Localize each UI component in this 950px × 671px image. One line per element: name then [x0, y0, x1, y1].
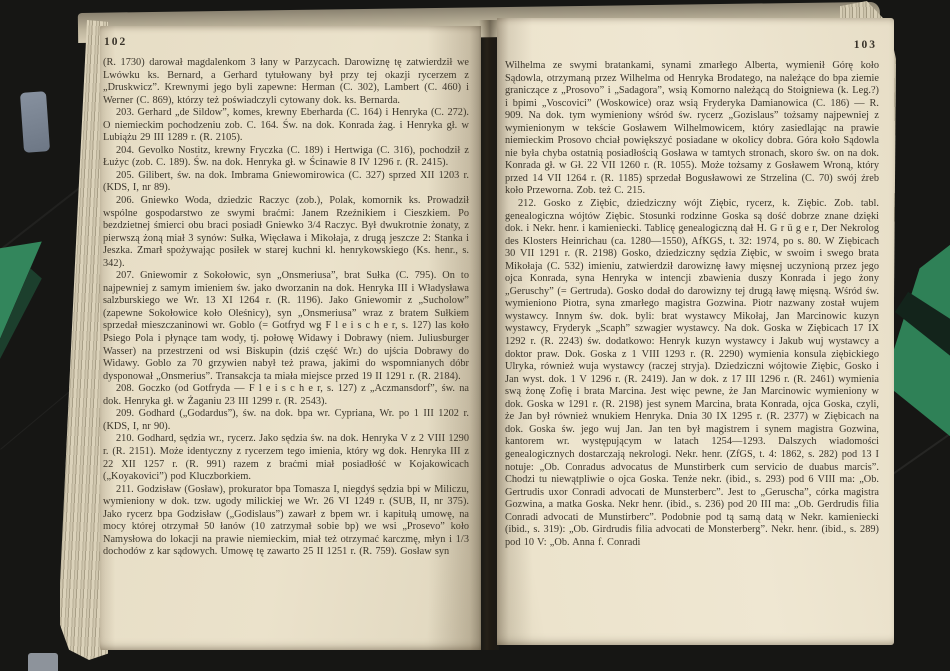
entry-207: 207. Gniewomir z Sokołowic, syn „Onsmeri…	[103, 270, 469, 383]
page-102-text-column: 102 (R. 1730) darował magdalenkom 3 łany…	[103, 35, 469, 645]
paragraph-continuation: (R. 1730) darował magdalenkom 3 łany w P…	[103, 57, 469, 107]
book-photo-scene: 102 (R. 1730) darował magdalenkom 3 łany…	[0, 0, 950, 671]
entry-209: 209. Godhard („Godardus”), św. na dok. b…	[103, 408, 469, 433]
open-book: 102 (R. 1730) darował magdalenkom 3 łany…	[56, 0, 898, 671]
page-103: 103 Wilhelma ze swymi bratankami, synami…	[497, 18, 894, 645]
page-102: 102 (R. 1730) darował magdalenkom 3 łany…	[100, 26, 481, 650]
gray-tab	[28, 653, 58, 671]
page-103-text-column: 103 Wilhelma ze swymi bratankami, synami…	[505, 38, 879, 640]
paragraph-continuation: Wilhelma ze swymi bratankami, synami zma…	[505, 60, 879, 198]
book-gutter-shadow	[479, 20, 499, 650]
bookmark-clip	[20, 91, 50, 153]
entry-208: 208. Goczko (od Gotfryda — F l e i s c h…	[103, 383, 469, 408]
entry-212: 212. Gosko z Ziębic, dziedziczny wójt Zi…	[505, 198, 879, 549]
entry-206: 206. Gniewko Woda, dziedzic Raczyc (zob.…	[103, 195, 469, 270]
entry-205: 205. Gilibert, św. na dok. Imbrama Gniew…	[103, 170, 469, 195]
entry-203: 203. Gerhard „de Sildow”, komes, krewny …	[103, 107, 469, 145]
page-number-103: 103	[505, 38, 877, 52]
entry-211: 211. Godzisław (Gosław), prokurator bpa …	[103, 484, 469, 559]
page-number-102: 102	[104, 35, 469, 49]
entry-210: 210. Godhard, sędzia wr., rycerz. Jako s…	[103, 433, 469, 483]
entry-204: 204. Gevolko Nostitz, krewny Fryczka (C.…	[103, 145, 469, 170]
